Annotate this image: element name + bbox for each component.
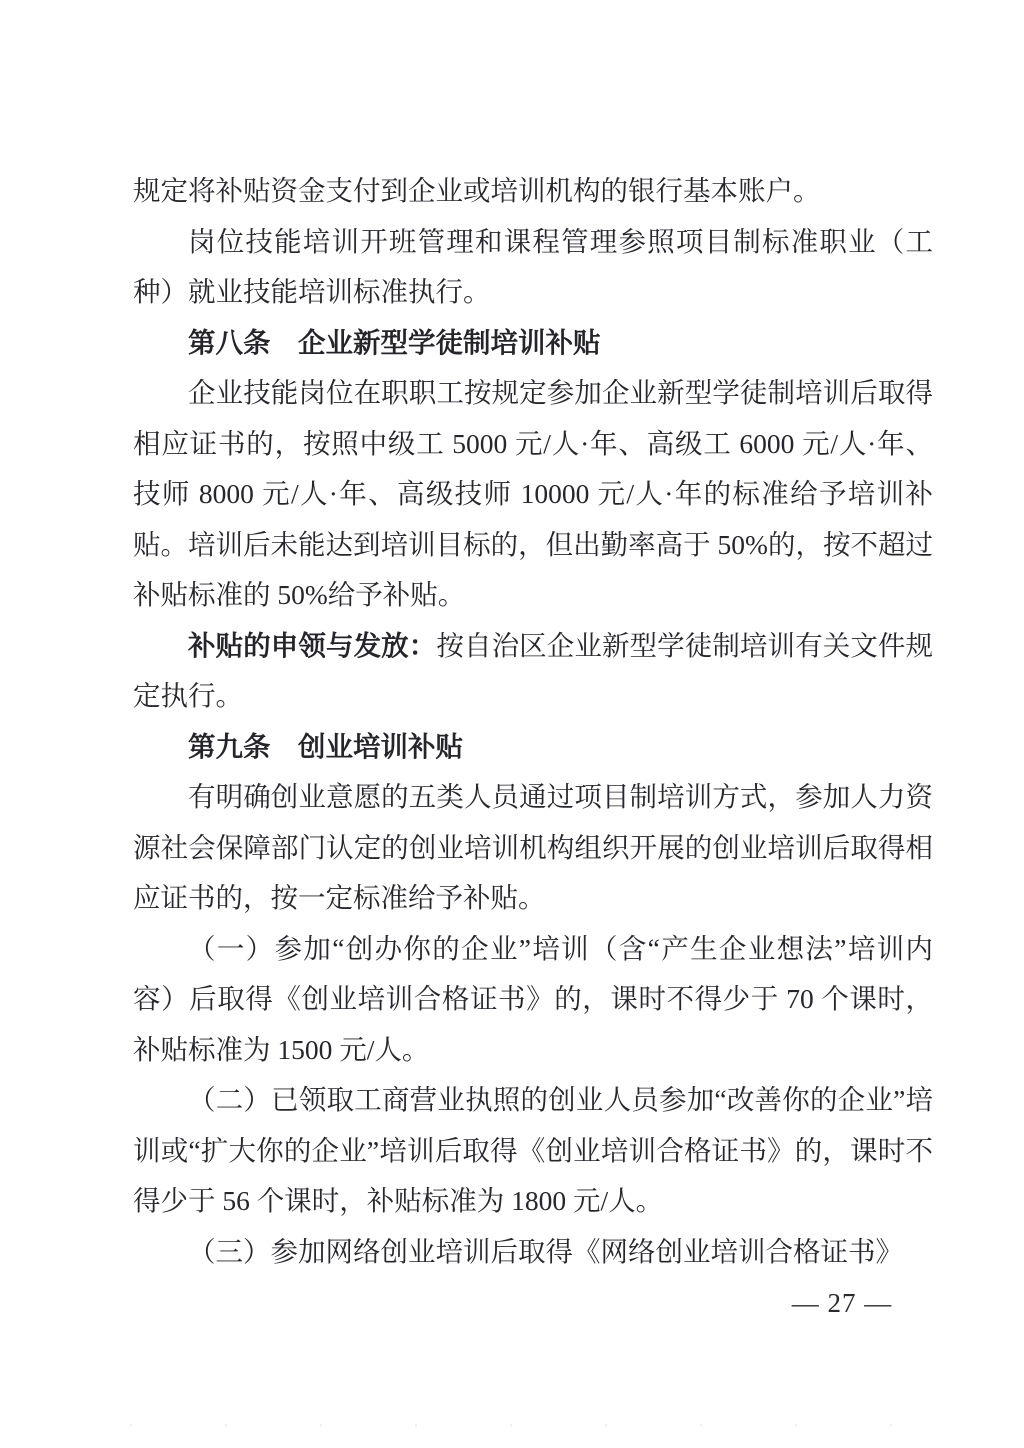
paragraph: 岗位技能培训开班管理和课程管理参照项目制标准职业（工种）就业技能培训标准执行。 [133,217,933,318]
scan-artifact [130,1424,920,1427]
paragraph-continuation: 规定将补贴资金支付到企业或培训机构的银行基本账户。 [133,166,933,217]
paragraph: 有明确创业意愿的五类人员通过项目制培训方式，参加人力资源社会保障部门认定的创业培… [133,772,933,924]
paragraph-item-1: （一）参加“创办你的企业”培训（含“产生企业想法”培训内容）后取得《创业培训合格… [133,924,933,1076]
paragraph-item-2: （二）已领取工商营业执照的创业人员参加“改善你的企业”培训或“扩大你的企业”培训… [133,1075,933,1227]
document-body: 规定将补贴资金支付到企业或培训机构的银行基本账户。 岗位技能培训开班管理和课程管… [133,166,933,1277]
paragraph-bold-lead: 补贴的申领与发放： [188,630,436,661]
scanned-document-page: { "page": { "background": "#ffffff", "in… [0,0,1024,1448]
section-heading-article-9: 第九条 创业培训补贴 [133,722,933,773]
paragraph: 企业技能岗位在职职工按规定参加企业新型学徒制培训后取得相应证书的，按照中级工 5… [133,368,933,621]
paragraph-item-3: （三）参加网络创业培训后取得《网络创业培训合格证书》 [133,1227,933,1278]
section-heading-article-8: 第八条 企业新型学徒制培训补贴 [133,318,933,369]
paragraph-with-bold-lead: 补贴的申领与发放：按自治区企业新型学徒制培训有关文件规定执行。 [133,621,933,722]
page-number: — 27 — [782,1288,902,1319]
